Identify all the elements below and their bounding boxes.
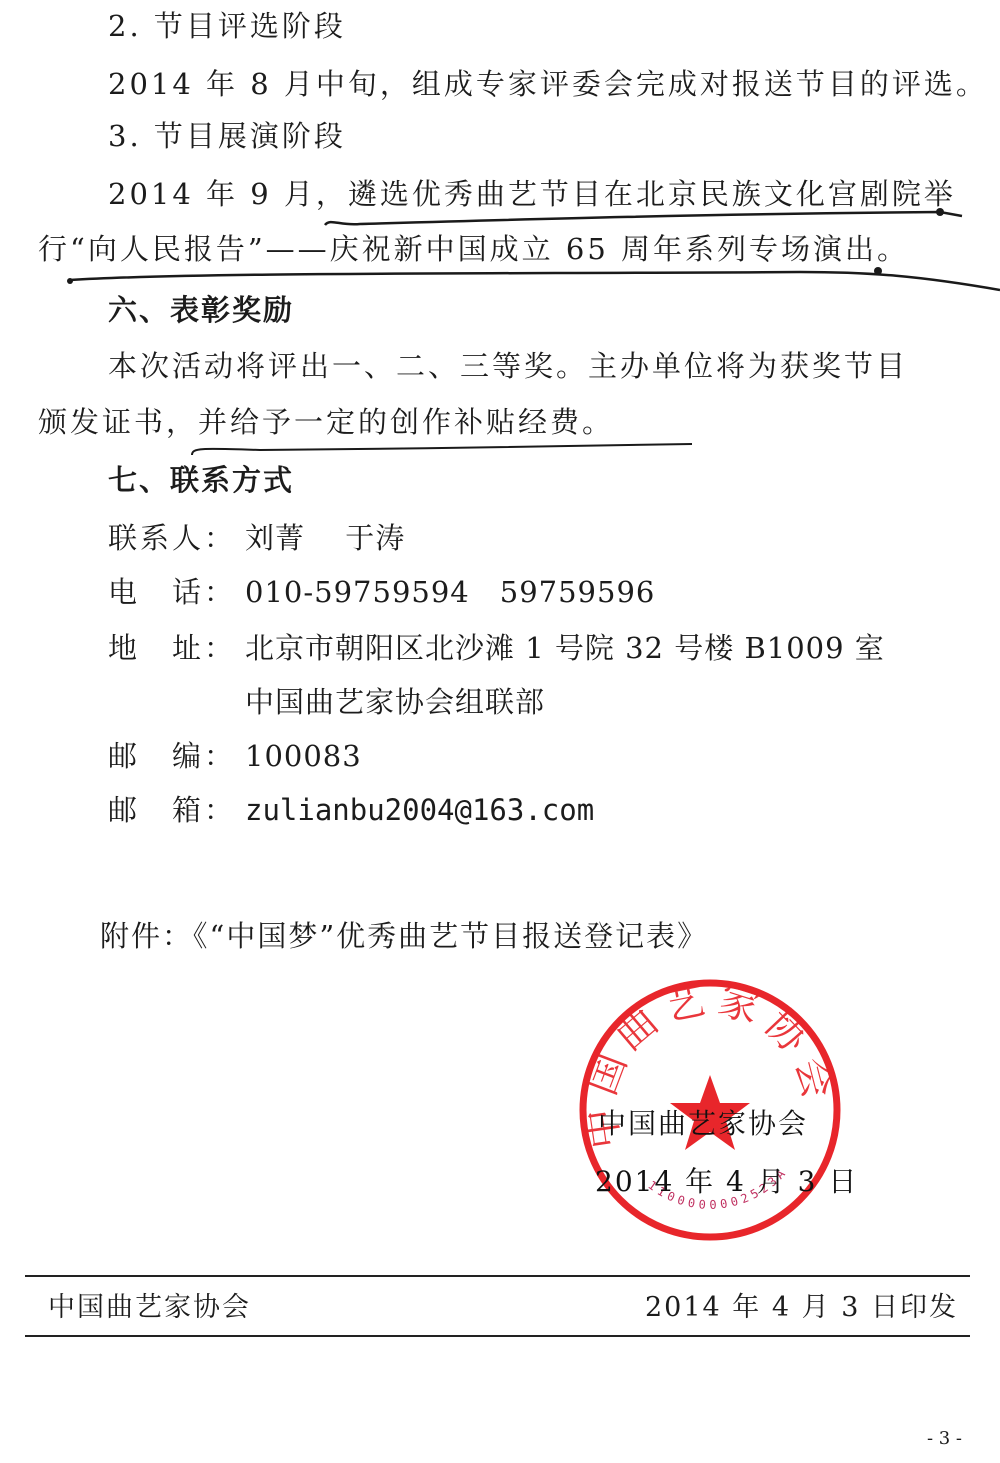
section-title-awards: 六、表彰奖励: [108, 296, 294, 325]
page-number: - 3 -: [927, 1430, 962, 1448]
paragraph-awards-line2: 颁发证书，并给予一定的创作补贴经费。: [38, 408, 614, 437]
address-value-line2: 中国曲艺家协会组联部: [245, 688, 545, 717]
subsection-title-performance-stage: 3. 节目展演阶段: [108, 122, 346, 151]
signature-organization: 中国曲艺家协会: [598, 1110, 808, 1138]
handwritten-underline-marks: [0, 0, 1000, 1463]
paragraph-performance-stage-line2: 行“向人民报告”——庆祝新中国成立 65 周年系列专场演出。: [38, 235, 909, 264]
subsection-title-review-stage: 2. 节目评选阶段: [108, 12, 346, 41]
footer-issue-date: 2014 年 4 月 3 日印发: [645, 1294, 958, 1321]
address-label: 地 址：: [108, 634, 236, 663]
paragraph-awards-line1: 本次活动将评出一、二、三等奖。主办单位将为获奖节目: [108, 352, 908, 381]
phone-label: 电 话：: [108, 578, 236, 607]
footer-issuer: 中国曲艺家协会: [48, 1294, 251, 1321]
contact-person-label: 联系人：: [108, 524, 236, 553]
contact-person-value: 刘菁 于涛: [245, 524, 405, 553]
address-value-line1: 北京市朝阳区北沙滩 1 号院 32 号楼 B1009 室: [245, 634, 885, 663]
email-value: zulianbu2004@163.com: [245, 796, 594, 825]
paragraph-performance-stage-line1: 2014 年 9 月，遴选优秀曲艺节目在北京民族文化宫剧院举: [108, 180, 956, 209]
paragraph-review-stage: 2014 年 8 月中旬，组成专家评委会完成对报送节目的评选。: [108, 70, 988, 99]
attachment-reference: 附件：《“中国梦”优秀曲艺节目报送登记表》: [100, 922, 708, 951]
email-label: 邮 箱：: [108, 796, 236, 825]
postcode-value: 100083: [245, 742, 362, 771]
signature-date: 2014 年 4 月 3 日: [595, 1168, 858, 1196]
phone-value: 010-59759594 59759596: [245, 578, 655, 607]
postcode-label: 邮 编：: [108, 742, 236, 771]
footer-top-rule: [25, 1275, 970, 1277]
footer-bottom-rule: [25, 1335, 970, 1337]
section-title-contact: 七、联系方式: [108, 466, 294, 495]
